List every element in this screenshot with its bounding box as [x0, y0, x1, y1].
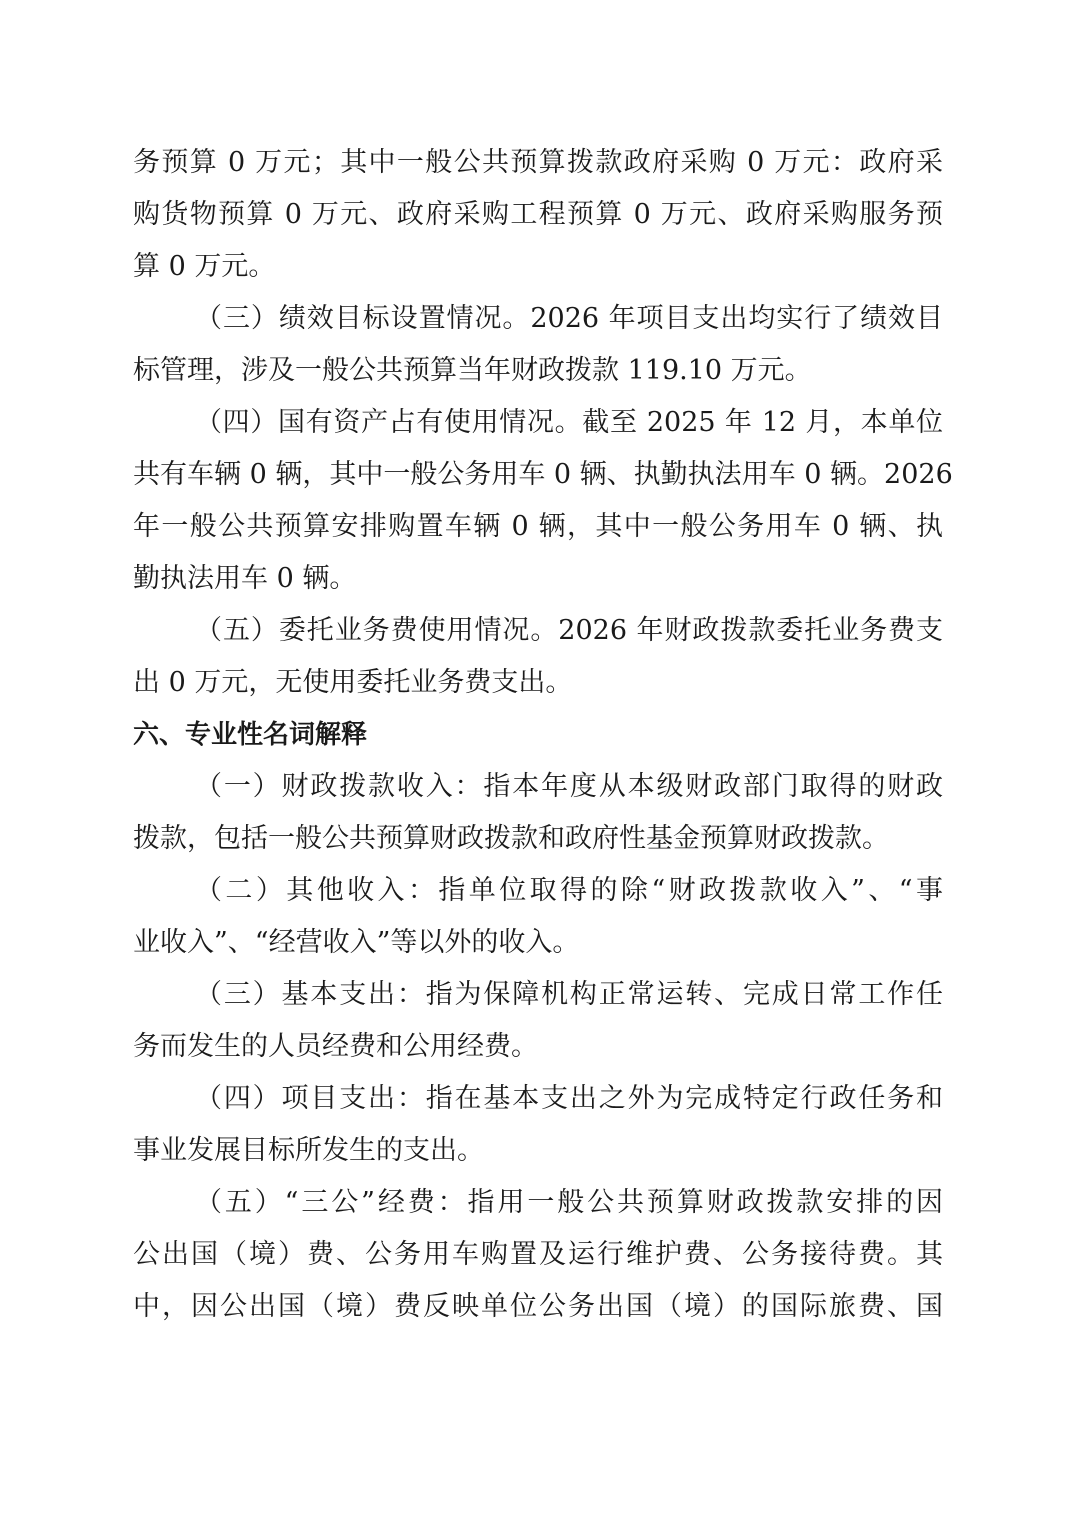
text-line: （一）财政拨款收入：指本年度从本级财政部门取得的财政 [133, 764, 943, 816]
text-line: 事业发展目标所发生的支出。 [133, 1128, 943, 1180]
text-line: 业收入”、“经营收入”等以外的收入。 [133, 920, 943, 972]
text-line: （三）基本支出：指为保障机构正常运转、完成日常工作任 [133, 972, 943, 1024]
paragraph-procurement-continued: 务预算 0 万元；其中一般公共预算拨款政府采购 0 万元：政府采 购货物预算 0… [133, 140, 943, 296]
section-heading: 六、专业性名词解释 [133, 712, 943, 764]
text-line: 年一般公共预算安排购置车辆 0 辆，其中一般公务用车 0 辆、执 [133, 504, 943, 556]
text-line: 购货物预算 0 万元、政府采购工程预算 0 万元、政府采购服务预 [133, 192, 943, 244]
text-line: 共有车辆 0 辆，其中一般公务用车 0 辆、执勤执法用车 0 辆。2026 [133, 452, 943, 504]
text-line: （五）“三公”经费：指用一般公共预算财政拨款安排的因 [133, 1180, 943, 1232]
text-line: （三）绩效目标设置情况。2026 年项目支出均实行了绩效目 [133, 296, 943, 348]
text-line: 拨款，包括一般公共预算财政拨款和政府性基金预算财政拨款。 [133, 816, 943, 868]
definition-other-income: （二）其他收入：指单位取得的除“财政拨款收入”、“事 业收入”、“经营收入”等以… [133, 868, 943, 972]
text-line: 公出国（境）费、公务用车购置及运行维护费、公务接待费。其 [133, 1232, 943, 1284]
text-line: 算 0 万元。 [133, 244, 943, 296]
definition-three-public-expenses: （五）“三公”经费：指用一般公共预算财政拨款安排的因 公出国（境）费、公务用车购… [133, 1180, 943, 1336]
text-line: 出 0 万元，无使用委托业务费支出。 [133, 660, 943, 712]
definition-basic-expenditure: （三）基本支出：指为保障机构正常运转、完成日常工作任 务而发生的人员经费和公用经… [133, 972, 943, 1076]
text-line: （四）国有资产占有使用情况。截至 2025 年 12 月，本单位 [133, 400, 943, 452]
text-line: 务而发生的人员经费和公用经费。 [133, 1024, 943, 1076]
text-line: （五）委托业务费使用情况。2026 年财政拨款委托业务费支 [133, 608, 943, 660]
text-line: （二）其他收入：指单位取得的除“财政拨款收入”、“事 [133, 868, 943, 920]
paragraph-commissioned-fees: （五）委托业务费使用情况。2026 年财政拨款委托业务费支 出 0 万元，无使用… [133, 608, 943, 712]
definition-project-expenditure: （四）项目支出：指在基本支出之外为完成特定行政任务和 事业发展目标所发生的支出。 [133, 1076, 943, 1180]
text-line: （四）项目支出：指在基本支出之外为完成特定行政任务和 [133, 1076, 943, 1128]
paragraph-performance-goals: （三）绩效目标设置情况。2026 年项目支出均实行了绩效目 标管理，涉及一般公共… [133, 296, 943, 400]
definition-fiscal-income: （一）财政拨款收入：指本年度从本级财政部门取得的财政 拨款，包括一般公共预算财政… [133, 764, 943, 868]
document-page: 务预算 0 万元；其中一般公共预算拨款政府采购 0 万元：政府采 购货物预算 0… [133, 140, 943, 1336]
text-line: 标管理，涉及一般公共预算当年财政拨款 119.10 万元。 [133, 348, 943, 400]
section-heading-terminology: 六、专业性名词解释 [133, 712, 943, 764]
paragraph-state-assets: （四）国有资产占有使用情况。截至 2025 年 12 月，本单位 共有车辆 0 … [133, 400, 943, 608]
text-line: 中，因公出国（境）费反映单位公务出国（境）的国际旅费、国 [133, 1284, 943, 1336]
text-line: 务预算 0 万元；其中一般公共预算拨款政府采购 0 万元：政府采 [133, 140, 943, 192]
text-line: 勤执法用车 0 辆。 [133, 556, 943, 608]
